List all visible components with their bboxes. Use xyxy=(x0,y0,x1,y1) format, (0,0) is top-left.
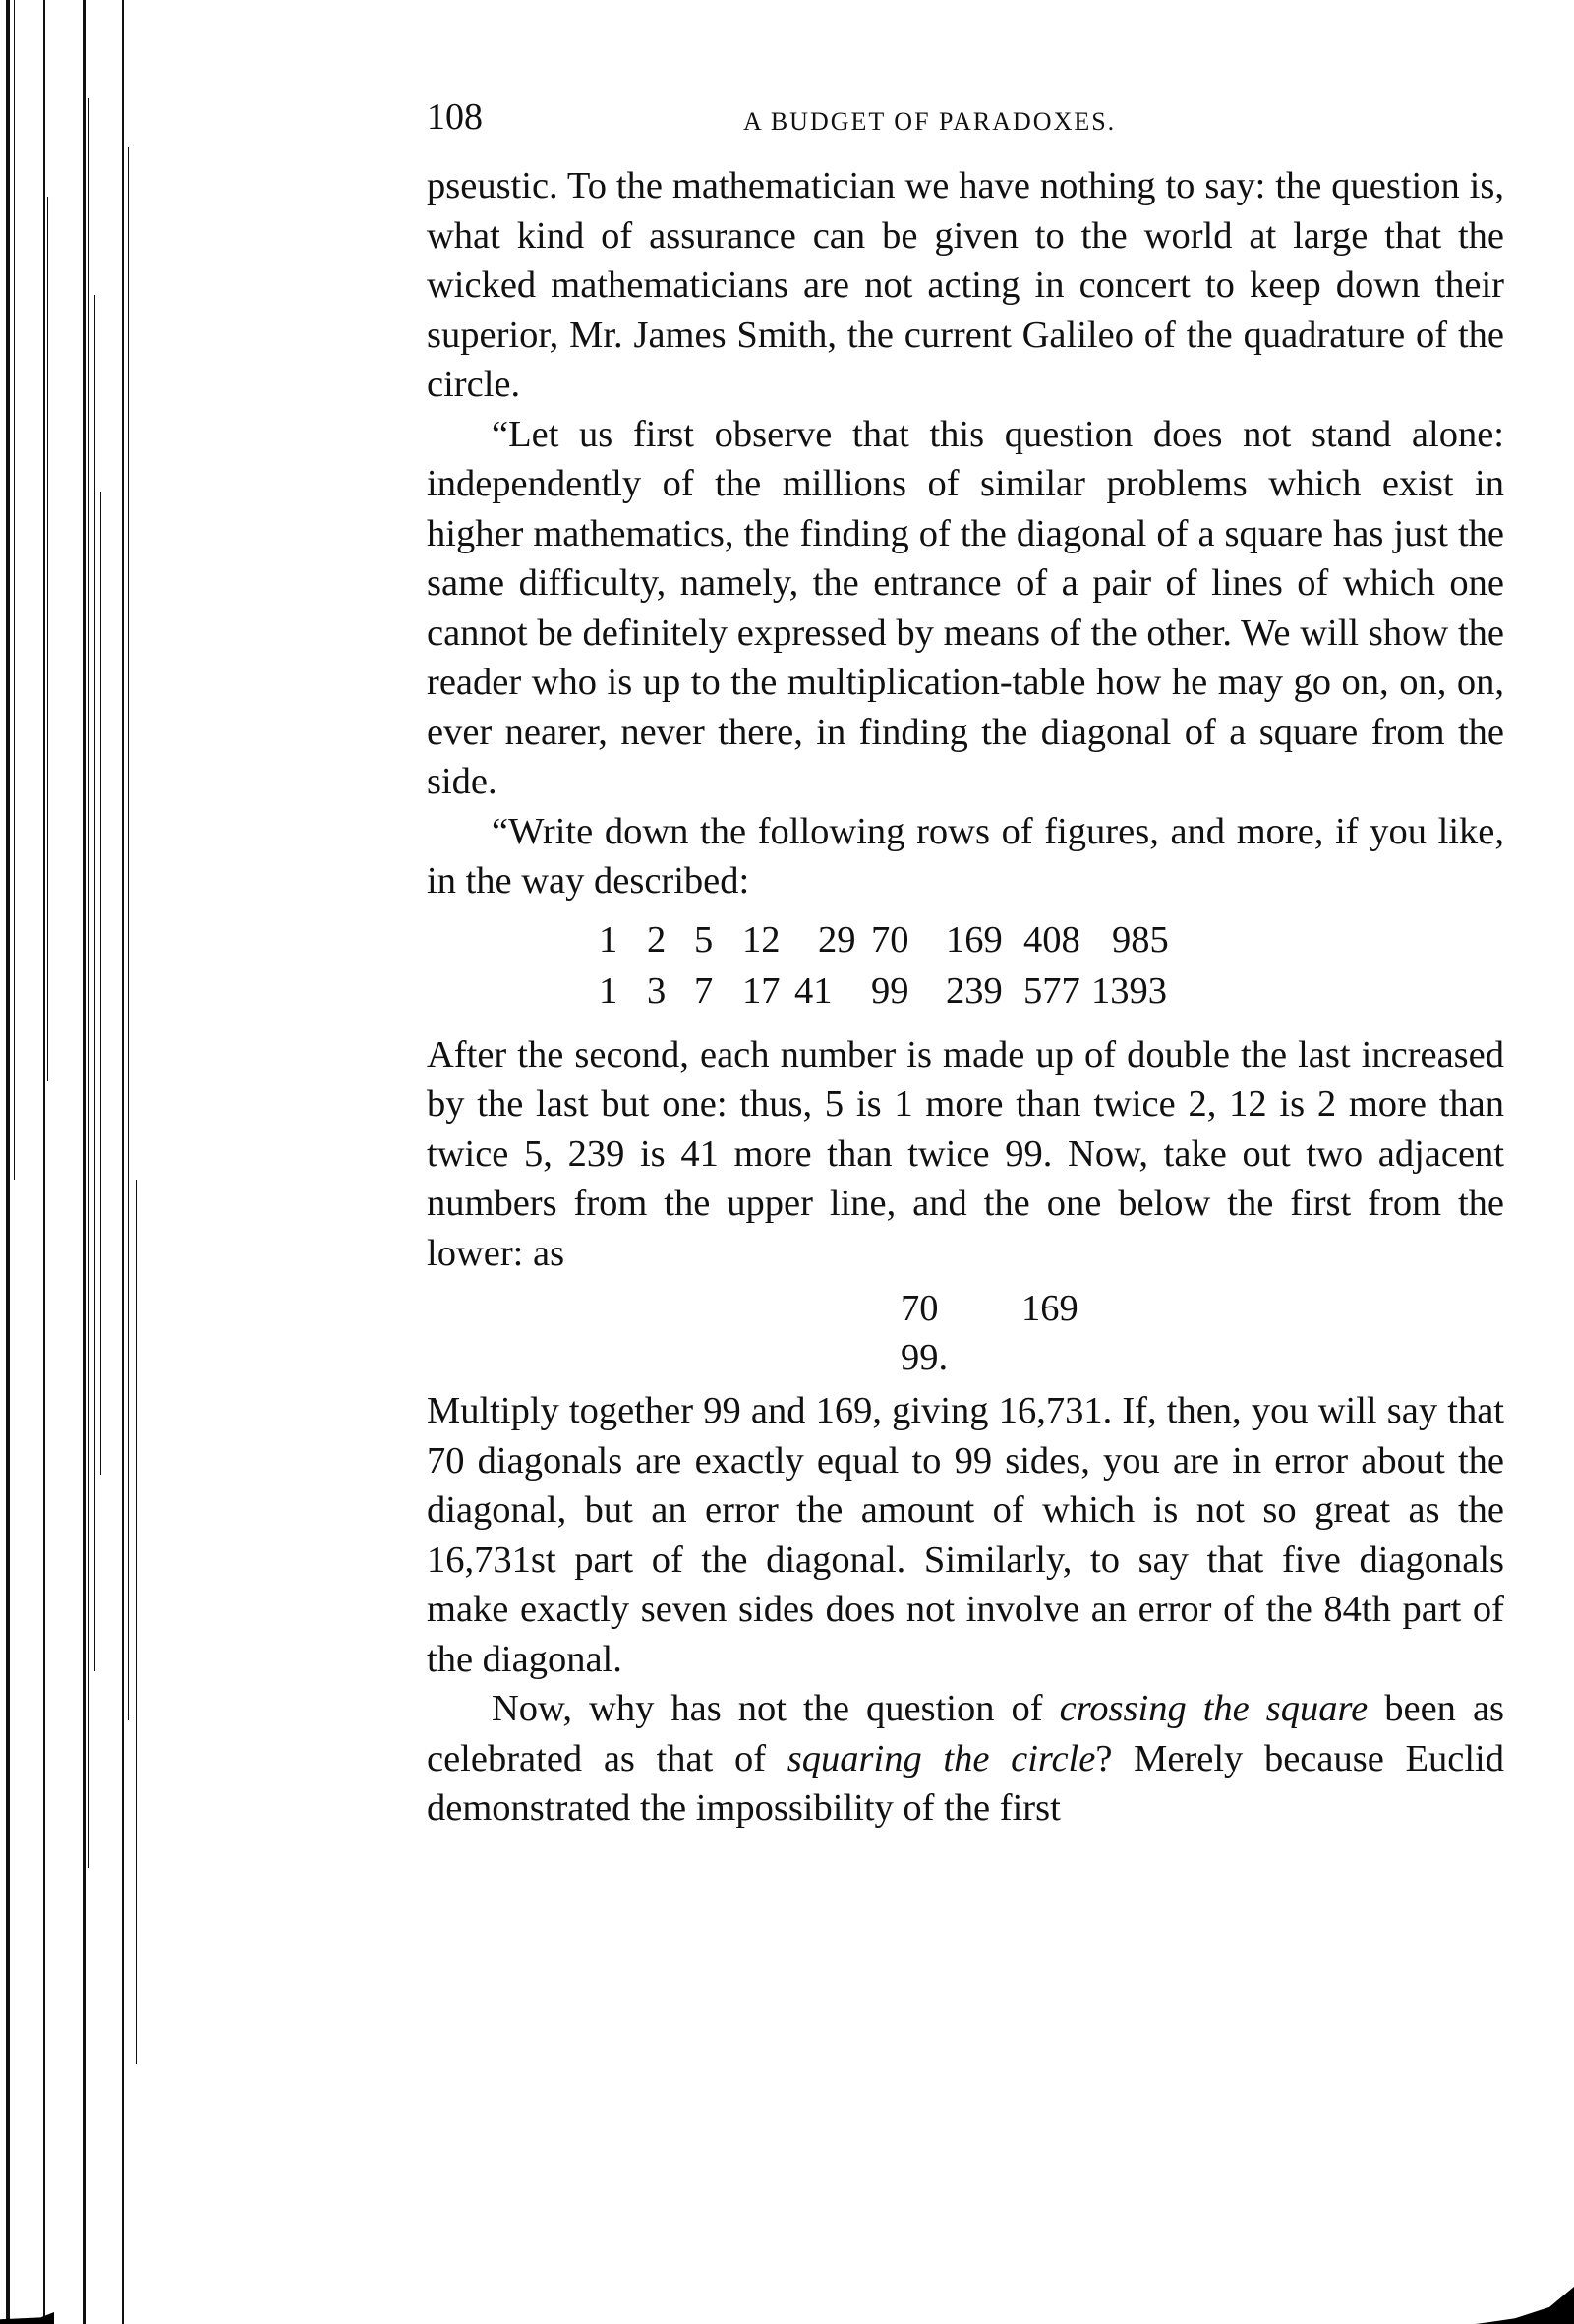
sequence-row-upper: 1 2 5 12 29 70 169 408 985 xyxy=(427,914,1504,965)
page-corner-shadow-right xyxy=(1476,2287,1574,2324)
sequence-cell: 239 xyxy=(946,965,1003,1017)
page-number: 108 xyxy=(427,94,483,140)
sequence-cell: 985 xyxy=(1112,914,1169,965)
book-page: 108 A BUDGET OF PARADOXES. pseustic. To … xyxy=(427,94,1504,1833)
binding-edge-scan-artifact xyxy=(0,0,147,2324)
example-cell: 99. xyxy=(901,1333,948,1382)
running-head: 108 A BUDGET OF PARADOXES. xyxy=(427,94,1504,153)
paragraph: “Write down the following rows of figure… xyxy=(427,807,1504,906)
sequence-cell: 1393 xyxy=(1091,965,1167,1017)
sequence-table: 1 2 5 12 29 70 169 408 985 1 3 7 17 41 9… xyxy=(427,914,1504,1020)
sequence-cell: 408 xyxy=(1023,914,1080,965)
sequence-cell: 2 xyxy=(647,914,666,965)
italic-phrase: squaring the circle xyxy=(787,1738,1096,1779)
body-text: pseustic. To the mathematician we have n… xyxy=(427,161,1504,1833)
example-cell: 169 xyxy=(1021,1284,1078,1333)
sequence-cell: 3 xyxy=(647,965,666,1017)
sequence-cell: 7 xyxy=(694,965,713,1017)
sequence-cell: 17 xyxy=(742,965,781,1017)
sequence-cell: 12 xyxy=(742,914,781,965)
sequence-cell: 577 xyxy=(1023,965,1080,1017)
running-title: A BUDGET OF PARADOXES. xyxy=(743,104,1116,140)
example-table: 70 169 99. xyxy=(427,1284,1504,1386)
italic-phrase: crossing the square xyxy=(1060,1688,1369,1729)
paragraph: Now, why has not the question of crossin… xyxy=(427,1684,1504,1833)
text-run: Now, why has not the question of xyxy=(492,1688,1060,1729)
sequence-cell: 99 xyxy=(871,965,909,1017)
sequence-cell: 169 xyxy=(946,914,1003,965)
paragraph-continued: pseustic. To the mathematician we have n… xyxy=(427,161,1504,410)
paragraph-continued: Multiply together 99 and 169, giving 16,… xyxy=(427,1386,1504,1684)
example-cell: 70 xyxy=(901,1284,939,1333)
paragraph: “Let us first observe that this question… xyxy=(427,410,1504,807)
sequence-cell: 70 xyxy=(871,914,909,965)
sequence-cell: 1 xyxy=(599,914,617,965)
sequence-cell: 5 xyxy=(694,914,713,965)
sequence-cell: 41 xyxy=(794,965,833,1017)
sequence-cell: 29 xyxy=(818,914,856,965)
paragraph-continued: After the second, each number is made up… xyxy=(427,1030,1504,1279)
sequence-cell: 1 xyxy=(599,965,617,1017)
sequence-row-lower: 1 3 7 17 41 99 239 577 1393 xyxy=(427,965,1504,1017)
